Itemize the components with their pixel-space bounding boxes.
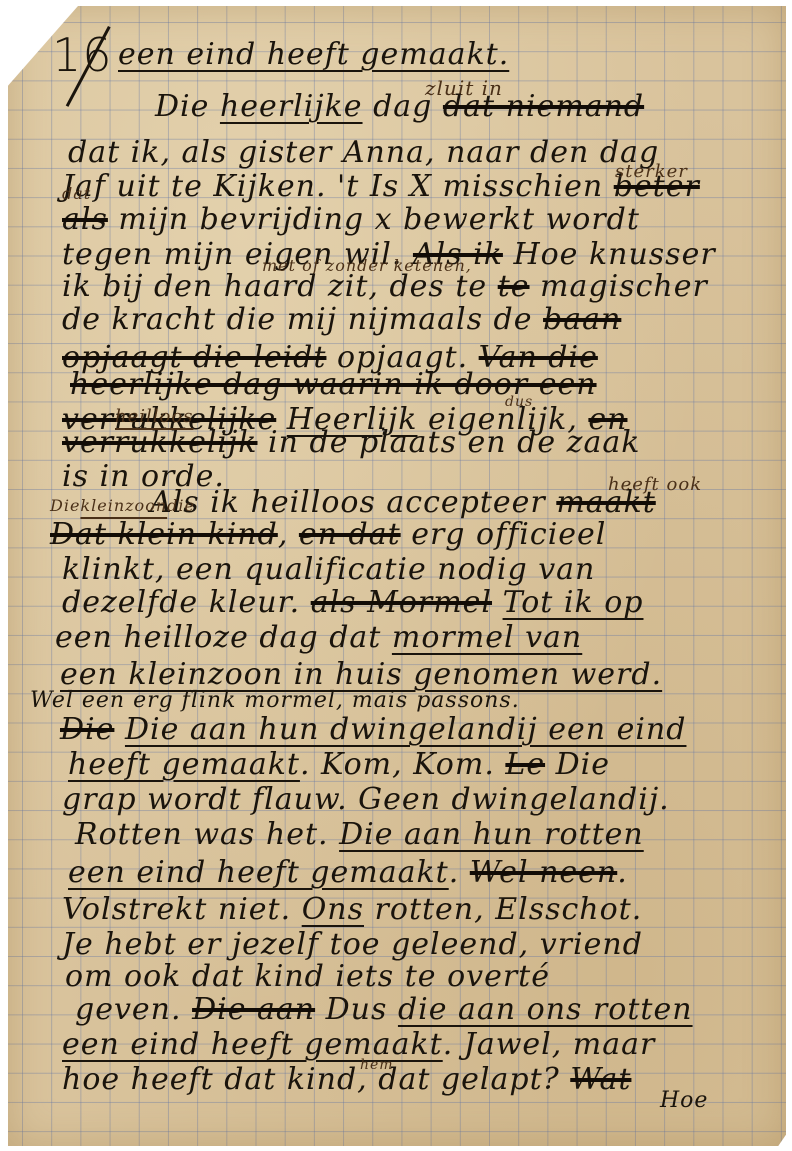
- text-segment: magischer: [530, 269, 708, 304]
- text-segment: een heilloze dag dat: [55, 620, 392, 655]
- struck-text: Dat klein kind: [50, 517, 278, 552]
- manuscript-line: een eind heeft gemaakt. Wel neen.: [68, 858, 628, 888]
- insertion-text: hem: [360, 1057, 394, 1073]
- manuscript-line: Wel een erg flink mormel, mais passons.: [30, 690, 520, 712]
- struck-text: als: [62, 202, 108, 237]
- manuscript-line: heilloos: [115, 408, 193, 426]
- manuscript-line: de kracht die mij nijmaals de baan: [62, 305, 621, 335]
- text-segment: om ook dat kind iets te overté: [65, 959, 550, 994]
- manuscript-line: Die Die aan hun dwingelandij een eind: [60, 715, 686, 745]
- manuscript-line: dat ik, als gister Anna, naar den dag: [68, 138, 659, 168]
- text-segment: klinkt, een qualificatie nodig van: [62, 552, 595, 587]
- manuscript-line: Rotten was het. Die aan hun rotten: [75, 820, 644, 850]
- manuscript-line: als mijn bevrijding x bewerkt wordt: [62, 205, 640, 235]
- text-segment: Hoe: [660, 1088, 708, 1113]
- manuscript-line: een eind heeft gemaakt. Jawel, maar: [62, 1030, 655, 1060]
- text-segment: dat ik, als gister Anna, naar den dag: [68, 135, 659, 170]
- text-segment: dezelfde kleur.: [62, 585, 311, 620]
- text-segment: mijn bevrijding x bewerkt wordt: [108, 202, 640, 237]
- struck-text: Wel neen: [470, 855, 617, 890]
- manuscript-line: hem: [360, 1058, 394, 1072]
- insertion-text: Die: [50, 496, 80, 515]
- insertion-text: kleinzoon: [80, 496, 167, 515]
- text-segment: Die: [155, 89, 220, 124]
- struck-text: Wat: [570, 1062, 631, 1097]
- text-segment: in de plaats en de zaak: [258, 425, 641, 460]
- text-segment: Hoe knusser: [503, 237, 716, 272]
- text-segment: Rotten was het.: [75, 817, 339, 852]
- struck-text: en dat: [299, 517, 401, 552]
- text-segment: Dus: [315, 992, 398, 1027]
- manuscript-line: dat: [62, 186, 91, 202]
- text-segment: ik bij den haard zit, des te: [62, 269, 498, 304]
- underlined-text: een kleinzoon in huis genomen werd.: [60, 657, 662, 692]
- text-segment: Volstrekt niet.: [62, 892, 302, 927]
- insertion-text: dat: [62, 184, 91, 203]
- text-segment: Die: [545, 747, 610, 782]
- underlined-text: heeft gemaakt: [68, 747, 300, 782]
- manuscript-line: Jaf uit te Kijken. 't Is X misschien bet…: [62, 172, 700, 202]
- manuscript-line: grap wordt flauw. Geen dwingelandij.: [62, 785, 670, 815]
- text-segment: de kracht die mij nijmaals de: [62, 302, 543, 337]
- text-segment: dag: [363, 89, 443, 124]
- underlined-text: Tot ik op: [503, 585, 644, 620]
- manuscript-line: Volstrekt niet. Ons rotten, Elsschot.: [62, 895, 642, 925]
- text-segment: Jaf uit te Kijken. 't Is X misschien: [62, 169, 614, 204]
- manuscript-line: Diekleinzoondie: [50, 498, 195, 514]
- text-segment: .: [617, 855, 628, 890]
- struck-text: dat niemand: [443, 89, 644, 124]
- manuscript-line: geven. Die aan Dus die aan ons rotten: [75, 995, 693, 1025]
- manuscript-line: verrukkelijk in de plaats en de zaak: [62, 428, 640, 458]
- manuscript-line: Die heerlijke dag dat niemand: [155, 92, 644, 122]
- insertion-text: die: [167, 496, 195, 515]
- struck-text: als Mormel: [311, 585, 492, 620]
- text-segment: grap wordt flauw. Geen dwingelandij.: [62, 782, 670, 817]
- text-segment: Je hebt er jezelf toe geleend, vriend: [62, 927, 643, 962]
- insertion-text: sterker: [615, 161, 688, 182]
- insertion-text: dus: [505, 394, 533, 410]
- text-segment: [114, 712, 125, 747]
- text-segment: rotten, Elsschot.: [364, 892, 642, 927]
- manuscript-line: sterker: [615, 163, 688, 181]
- text-segment: hoe heeft dat kind, dat gelapt?: [62, 1062, 570, 1097]
- manuscript-line: heeft ook: [608, 476, 702, 494]
- struck-text: baan: [543, 302, 621, 337]
- insertion-text: heilloos: [115, 406, 193, 427]
- manuscript-line: om ook dat kind iets te overté: [65, 962, 550, 992]
- underlined-text: Die aan hun rotten: [339, 817, 644, 852]
- struck-text: te: [498, 269, 530, 304]
- manuscript-line: Dat klein kind, en dat erg officieel: [50, 520, 606, 550]
- struck-text: Die: [60, 712, 114, 747]
- manuscript-line: een kleinzoon in huis genomen werd.: [60, 660, 662, 690]
- underlined-text: een eind heeft gemaakt.: [118, 37, 509, 72]
- struck-text: verrukkelijk: [62, 425, 258, 460]
- text-segment: erg officieel: [401, 517, 607, 552]
- underlined-text: mormel van: [392, 620, 582, 655]
- manuscript-line: Je hebt er jezelf toe geleend, vriend: [62, 930, 643, 960]
- text-segment: [492, 585, 503, 620]
- text-segment: Wel een erg flink mormel, mais passons.: [30, 688, 520, 713]
- manuscript-line: ik bij den haard zit, des te te magische…: [62, 272, 708, 302]
- manuscript-line: dezelfde kleur. als Mormel Tot ik op: [62, 588, 643, 618]
- text-segment: ,: [278, 517, 299, 552]
- manuscript-line: een eind heeft gemaakt.: [118, 40, 509, 70]
- text-segment: .: [449, 855, 470, 890]
- manuscript-line: heeft gemaakt. Kom, Kom. Le Die: [68, 750, 610, 780]
- manuscript-line: Hoe: [660, 1090, 708, 1112]
- underlined-text: Die aan hun dwingelandij een eind: [125, 712, 687, 747]
- text-segment: . Jawel, maar: [443, 1027, 656, 1062]
- text-segment: . Kom, Kom.: [300, 747, 505, 782]
- manuscript-line: dus: [505, 395, 533, 409]
- struck-text: Le: [505, 747, 545, 782]
- manuscript-line: een heilloze dag dat mormel van: [55, 623, 582, 653]
- insertion-text: heeft ook: [608, 474, 702, 495]
- underlined-text: een eind heeft gemaakt: [68, 855, 449, 890]
- manuscript-line: Als ik heilloos accepteer maakt: [150, 488, 656, 518]
- text-segment: geven.: [75, 992, 192, 1027]
- text-segment: Als ik heilloos accepteer: [150, 485, 556, 520]
- underlined-text: die aan ons rotten: [398, 992, 693, 1027]
- manuscript-line: hoe heeft dat kind, dat gelapt? Wat: [62, 1065, 631, 1095]
- underlined-text: heerlijke: [220, 89, 363, 124]
- struck-text: Die aan: [192, 992, 315, 1027]
- underlined-text: Ons: [302, 892, 364, 927]
- manuscript-line: klinkt, een qualificatie nodig van: [62, 555, 595, 585]
